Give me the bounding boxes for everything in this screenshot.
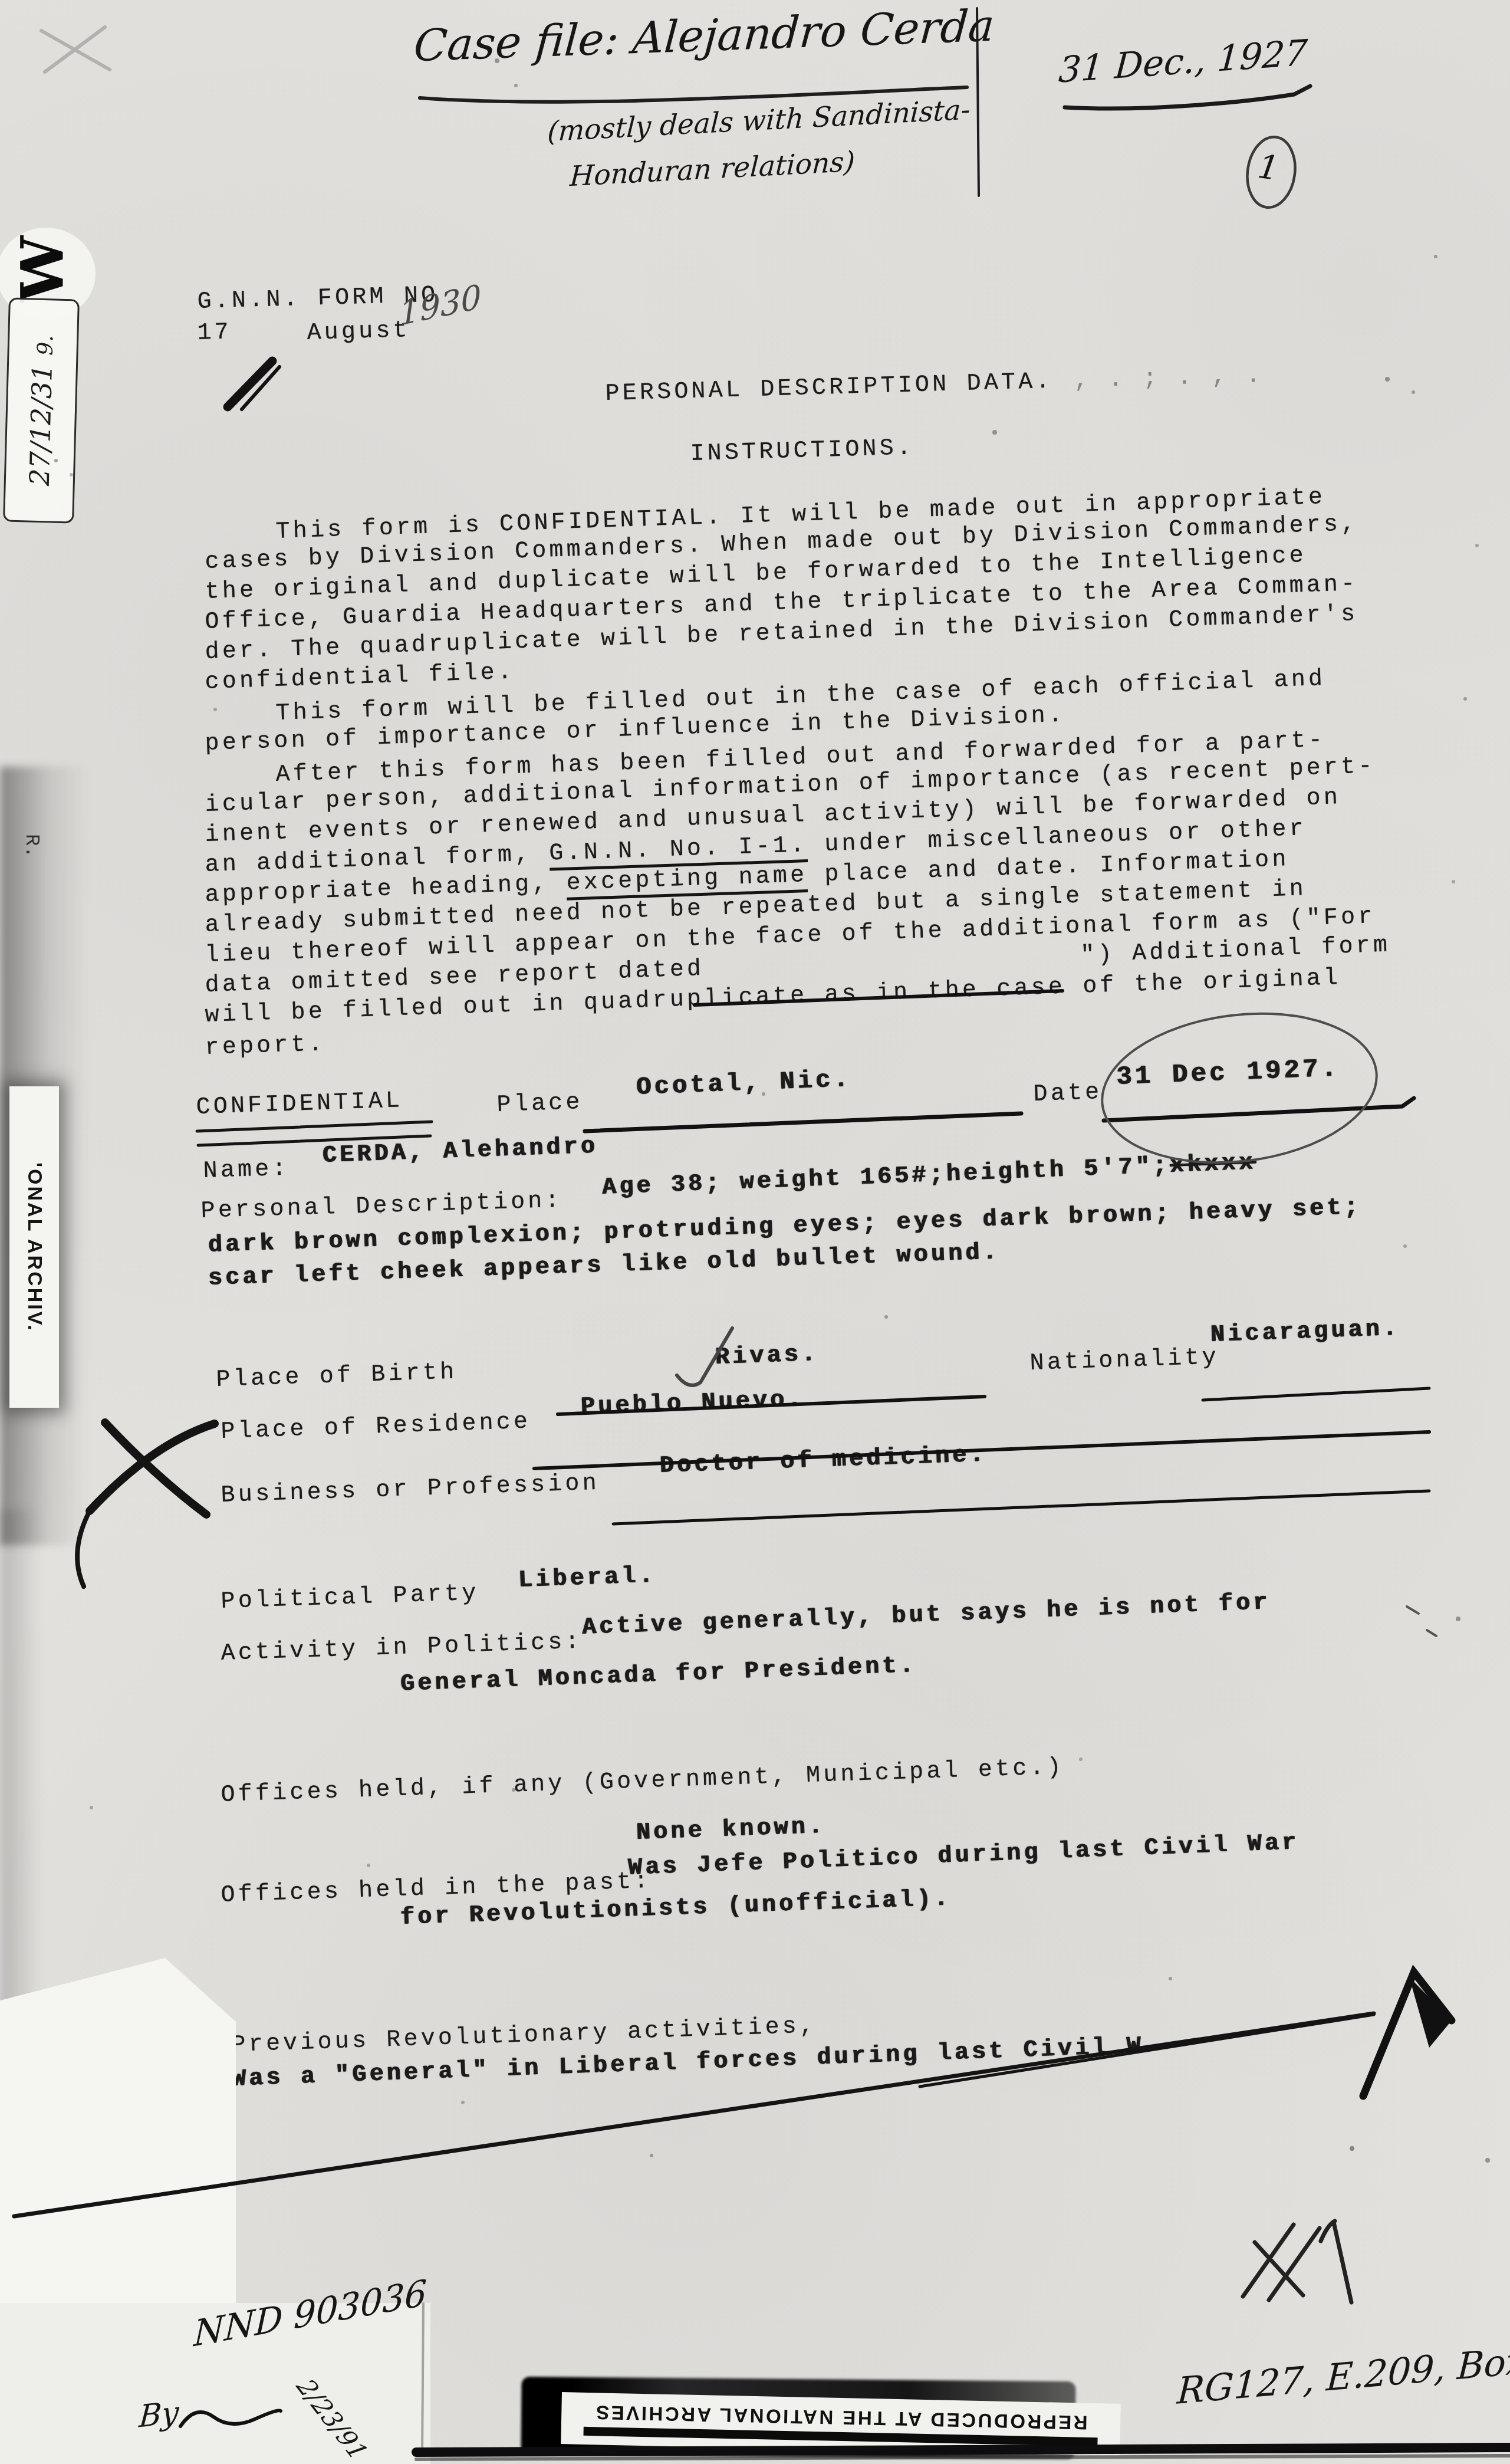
- date-circle-annotation: [1094, 998, 1386, 1177]
- politics-pen-ticks: [1407, 1606, 1436, 1636]
- confidential-underline-2: [198, 1136, 430, 1145]
- page-number-circle: [1243, 134, 1300, 211]
- ink-marks-overlay: [0, 0, 1510, 2464]
- diagonal-crease-line: [14, 2013, 1374, 2216]
- bottom-scan-edge-2: [416, 2456, 1510, 2459]
- date-note-underline: [1065, 86, 1310, 109]
- hash-number-mark: [1243, 2225, 1320, 2300]
- pencil-checkmark: [677, 1328, 732, 1385]
- residence-x-tail: [77, 1511, 90, 1586]
- scanned-document-page: W 27/12/31 9. R. 'ONAL ARCHIV. Case file…: [0, 0, 1510, 2464]
- confidential-underline-1: [197, 1122, 432, 1131]
- hash-number-one: [1321, 2221, 1351, 2302]
- topleft-x-mark: [41, 27, 110, 72]
- paper-dust-specks: [0, 0, 4, 4]
- residence-underline: [534, 1432, 1429, 1468]
- report-dated-blank-line: [695, 991, 1062, 1005]
- bottom-vertical-crease: [422, 2304, 423, 2456]
- nationality-underline: [1203, 1388, 1429, 1400]
- birth-underline: [558, 1397, 985, 1414]
- diagonal-crease-line-2: [920, 2015, 1374, 2087]
- bottom-scan-edge: [416, 2447, 1510, 2452]
- by-signature-squiggle: [180, 2410, 281, 2426]
- place-underline: [585, 1113, 1021, 1131]
- annotation-divider-line: [977, 8, 979, 196]
- profession-underline: [613, 1491, 1429, 1524]
- case-file-underline: [420, 87, 967, 102]
